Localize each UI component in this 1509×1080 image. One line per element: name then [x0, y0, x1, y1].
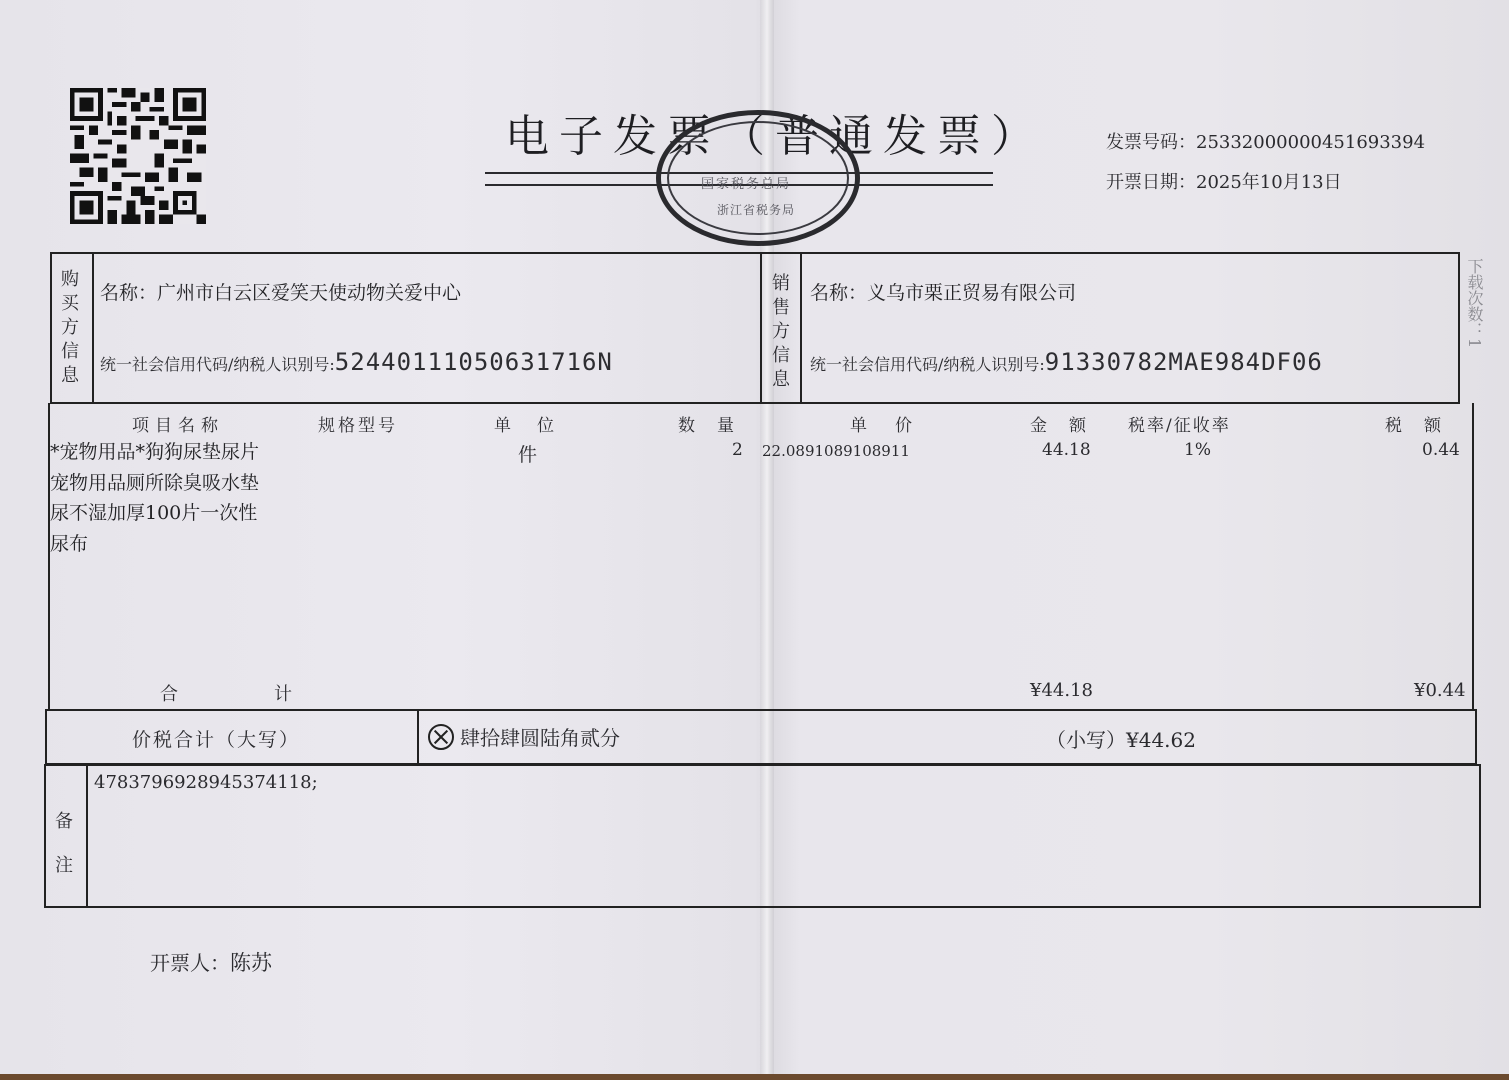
- remarks-label: 备 注: [54, 800, 74, 888]
- stamp-text-authority: 国家税务总局: [701, 173, 791, 192]
- seller-name-value: 义乌市栗正贸易有限公司: [867, 282, 1076, 304]
- header-quantity: 数量: [678, 411, 756, 436]
- item-name-line: *宠物用品*狗狗尿垫尿片: [50, 437, 310, 468]
- seller-name: 名称：义乌市栗正贸易有限公司: [810, 278, 1076, 305]
- grand-total-label: 价税合计（大写）: [132, 725, 300, 752]
- invoice-number-value: 25332000000451693394: [1196, 132, 1425, 153]
- seller-tax-id-label: 统一社会信用代码/纳税人识别号:: [810, 355, 1045, 374]
- circled-x-icon: [428, 724, 454, 750]
- item-name-line: 尿不湿加厚100片一次性: [50, 498, 310, 529]
- grand-total-uppercase: 肆拾肆圆陆角贰分: [428, 722, 620, 751]
- item-unit: 件: [518, 440, 537, 467]
- issuer-label: 开票人：: [150, 951, 230, 975]
- label-char: 销: [770, 272, 792, 296]
- grand-total-lowercase-value: ¥44.62: [1126, 728, 1196, 752]
- header-tax-rate: 税率/征收率: [1128, 411, 1231, 436]
- divider: [800, 254, 802, 402]
- label-char: 购: [59, 268, 81, 292]
- buyer-name: 名称：广州市白云区爱笑天使动物关爱中心: [100, 278, 461, 305]
- invoice-date: 开票日期：2025年10月13日: [1106, 168, 1342, 194]
- label-char: 买: [59, 292, 81, 316]
- header-item-name: 项目名称: [132, 411, 224, 436]
- item-name: *宠物用品*狗狗尿垫尿片 宠物用品厕所除臭吸水垫 尿不湿加厚100片一次性 尿布: [50, 437, 310, 559]
- buyer-name-value: 广州市白云区爱笑天使动物关爱中心: [157, 282, 461, 304]
- invoice-number: 发票号码：25332000000451693394: [1106, 128, 1425, 154]
- buyer-tax-id-value: 52440111050631716N: [335, 348, 613, 376]
- label-char: 方: [770, 320, 792, 344]
- remarks-text: 4783796928945374118;: [94, 772, 318, 793]
- item-amount: 44.18: [1042, 440, 1091, 460]
- label-char: 备: [54, 800, 74, 844]
- buyer-section-label: 购 买 方 信 息: [59, 268, 81, 388]
- buyer-tax-id-label: 统一社会信用代码/纳税人识别号:: [100, 355, 335, 374]
- header-amount: 金额: [1030, 411, 1108, 436]
- invoice-date-value: 2025年10月13日: [1196, 172, 1342, 193]
- header-tax-amount: 税额: [1385, 411, 1463, 436]
- divider: [417, 711, 419, 763]
- item-name-line: 宠物用品厕所除臭吸水垫: [50, 468, 310, 499]
- label-char: 信: [59, 340, 81, 364]
- buyer-tax-id: 统一社会信用代码/纳税人识别号:52440111050631716N: [100, 348, 613, 376]
- header-unit-price: 单价: [850, 411, 940, 436]
- label-char: 信: [770, 344, 792, 368]
- item-unit-price: 22.0891089108911: [762, 442, 910, 460]
- issuer: 开票人：陈苏: [150, 947, 272, 977]
- item-tax-amount: 0.44: [1422, 440, 1460, 460]
- stamp-text-province: 浙江省税务局: [717, 201, 795, 218]
- header-spec: 规格型号: [318, 411, 398, 436]
- qr-code: [66, 88, 210, 224]
- grand-total-lowercase-label: （小写）: [1046, 728, 1126, 752]
- total-label: 合计: [160, 680, 388, 706]
- invoice-date-label: 开票日期：: [1106, 172, 1196, 193]
- issuer-name: 陈苏: [230, 951, 272, 975]
- divider: [86, 766, 88, 906]
- total-amount: ¥44.18: [1030, 680, 1093, 701]
- label-char: 息: [770, 368, 792, 392]
- divider: [760, 254, 762, 402]
- total-tax: ¥0.44: [1414, 680, 1466, 701]
- invoice-number-label: 发票号码：: [1106, 132, 1196, 153]
- header-unit: 单位: [494, 411, 580, 436]
- label-char: 售: [770, 296, 792, 320]
- party-info-table: [50, 252, 1460, 404]
- divider: [92, 254, 94, 402]
- item-name-line: 尿布: [50, 529, 310, 560]
- item-tax-rate: 1%: [1184, 440, 1211, 460]
- grand-total-lowercase: （小写）¥44.62: [1046, 724, 1196, 753]
- item-quantity: 2: [732, 440, 743, 460]
- buyer-name-label: 名称：: [100, 282, 157, 304]
- tax-authority-stamp: 国家税务总局 浙江省税务局: [656, 110, 860, 246]
- label-char: 方: [59, 316, 81, 340]
- label-char: 注: [54, 844, 74, 888]
- download-count: 下载次数：1: [1466, 258, 1486, 348]
- seller-tax-id-value: 91330782MAE984DF06: [1045, 348, 1323, 376]
- seller-section-label: 销 售 方 信 息: [770, 272, 792, 392]
- label-char: 息: [59, 364, 81, 388]
- seller-tax-id: 统一社会信用代码/纳税人识别号:91330782MAE984DF06: [810, 348, 1323, 376]
- seller-name-label: 名称：: [810, 282, 867, 304]
- grand-total-uppercase-value: 肆拾肆圆陆角贰分: [460, 722, 620, 751]
